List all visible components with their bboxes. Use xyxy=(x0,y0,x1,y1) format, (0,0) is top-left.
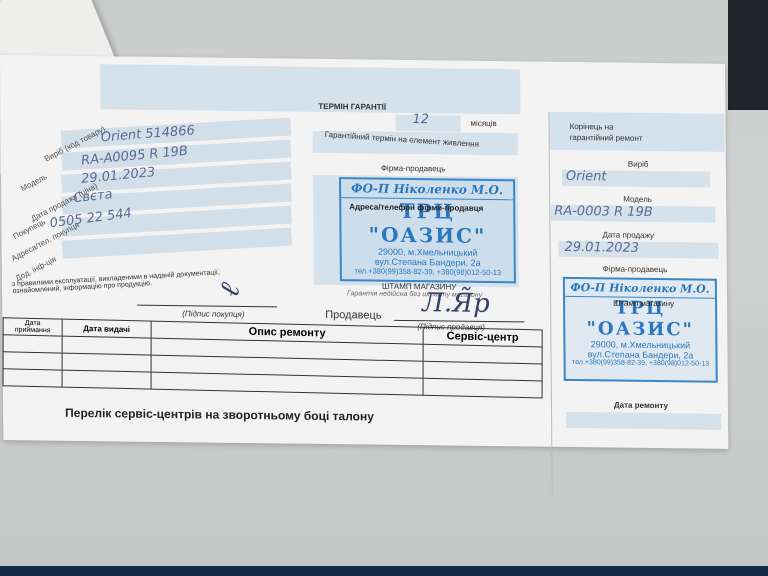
stub-title-1: Корінець на xyxy=(570,122,614,132)
warranty-card: Виріб (код товару) Модель Дата продажу (… xyxy=(0,55,728,449)
warranty-term-label: ТЕРМІН ГАРАНТІЇ xyxy=(318,102,386,112)
stub-date-label: Дата продажу xyxy=(602,230,654,240)
stub-repair-date-field xyxy=(566,412,721,430)
stub-product-label: Виріб xyxy=(628,160,649,169)
repair-stub: Корінець на гарантійний ремонт Виріб Ori… xyxy=(548,112,730,499)
label-model: Модель xyxy=(19,172,49,193)
warranty-term-unit: місяців xyxy=(470,119,496,128)
stub-model-value: RA-0003 R 19B xyxy=(554,204,653,220)
acknowledgement-text: з правилами експлуатації, викладеними в … xyxy=(12,268,242,295)
desk-edge xyxy=(0,566,768,576)
stub-product-value: Orient xyxy=(566,169,607,184)
stub-model-label: Модель xyxy=(623,195,652,204)
stub-title-2: гарантійний ремонт xyxy=(570,133,643,143)
stub-stamp-label: Штамп магазину xyxy=(613,299,674,309)
repair-table: Дата приймання Дата видачі Опис ремонту … xyxy=(3,317,543,398)
header-date-issued: Дата видачі xyxy=(62,319,151,338)
stamp-owner: ФО-П Ніколенко М.О. xyxy=(341,179,513,200)
stub-stamp-owner: ФО-П Ніколенко М.О. xyxy=(565,279,715,299)
stub-firm-label: Фірма-продавець xyxy=(603,264,668,274)
header-date-received: Дата приймання xyxy=(3,318,62,336)
seller-stamp: ФО-П Ніколенко М.О. ТРЦ "ОАЗИС" 29000, м… xyxy=(339,177,516,283)
seller-label: Продавець xyxy=(325,309,381,322)
top-band xyxy=(100,64,520,114)
stub-repair-date-label: Дата ремонту xyxy=(614,401,668,411)
stub-seller-stamp: ФО-П Ніколенко М.О. ТРЦ "ОАЗИС" 29000, м… xyxy=(563,277,718,383)
seller-signature: Л.Я̃р xyxy=(422,288,490,319)
stub-header-band xyxy=(549,112,724,152)
seller-firm-label: Фірма-продавець xyxy=(381,164,446,174)
stub-date-value: 29.01.2023 xyxy=(565,240,640,256)
stamp-phone: тел.+380(99)358-82-39, +380(98)012-50-13 xyxy=(342,266,514,277)
background-dark-corner xyxy=(728,0,768,110)
seller-address-label: Адреса/телефон фірми-продавця xyxy=(349,202,483,213)
buyer-signature-label: (Підпис покупця) xyxy=(182,309,244,319)
stub-stamp-phone: тел.+380(99)358-82-39, +380(98)012-50-13 xyxy=(566,359,716,368)
buyer-signature-line xyxy=(137,305,277,308)
warranty-term-value: 12 xyxy=(412,112,429,127)
service-centers-note: Перелік сервіс-центрів на зворотньому бо… xyxy=(65,406,374,424)
